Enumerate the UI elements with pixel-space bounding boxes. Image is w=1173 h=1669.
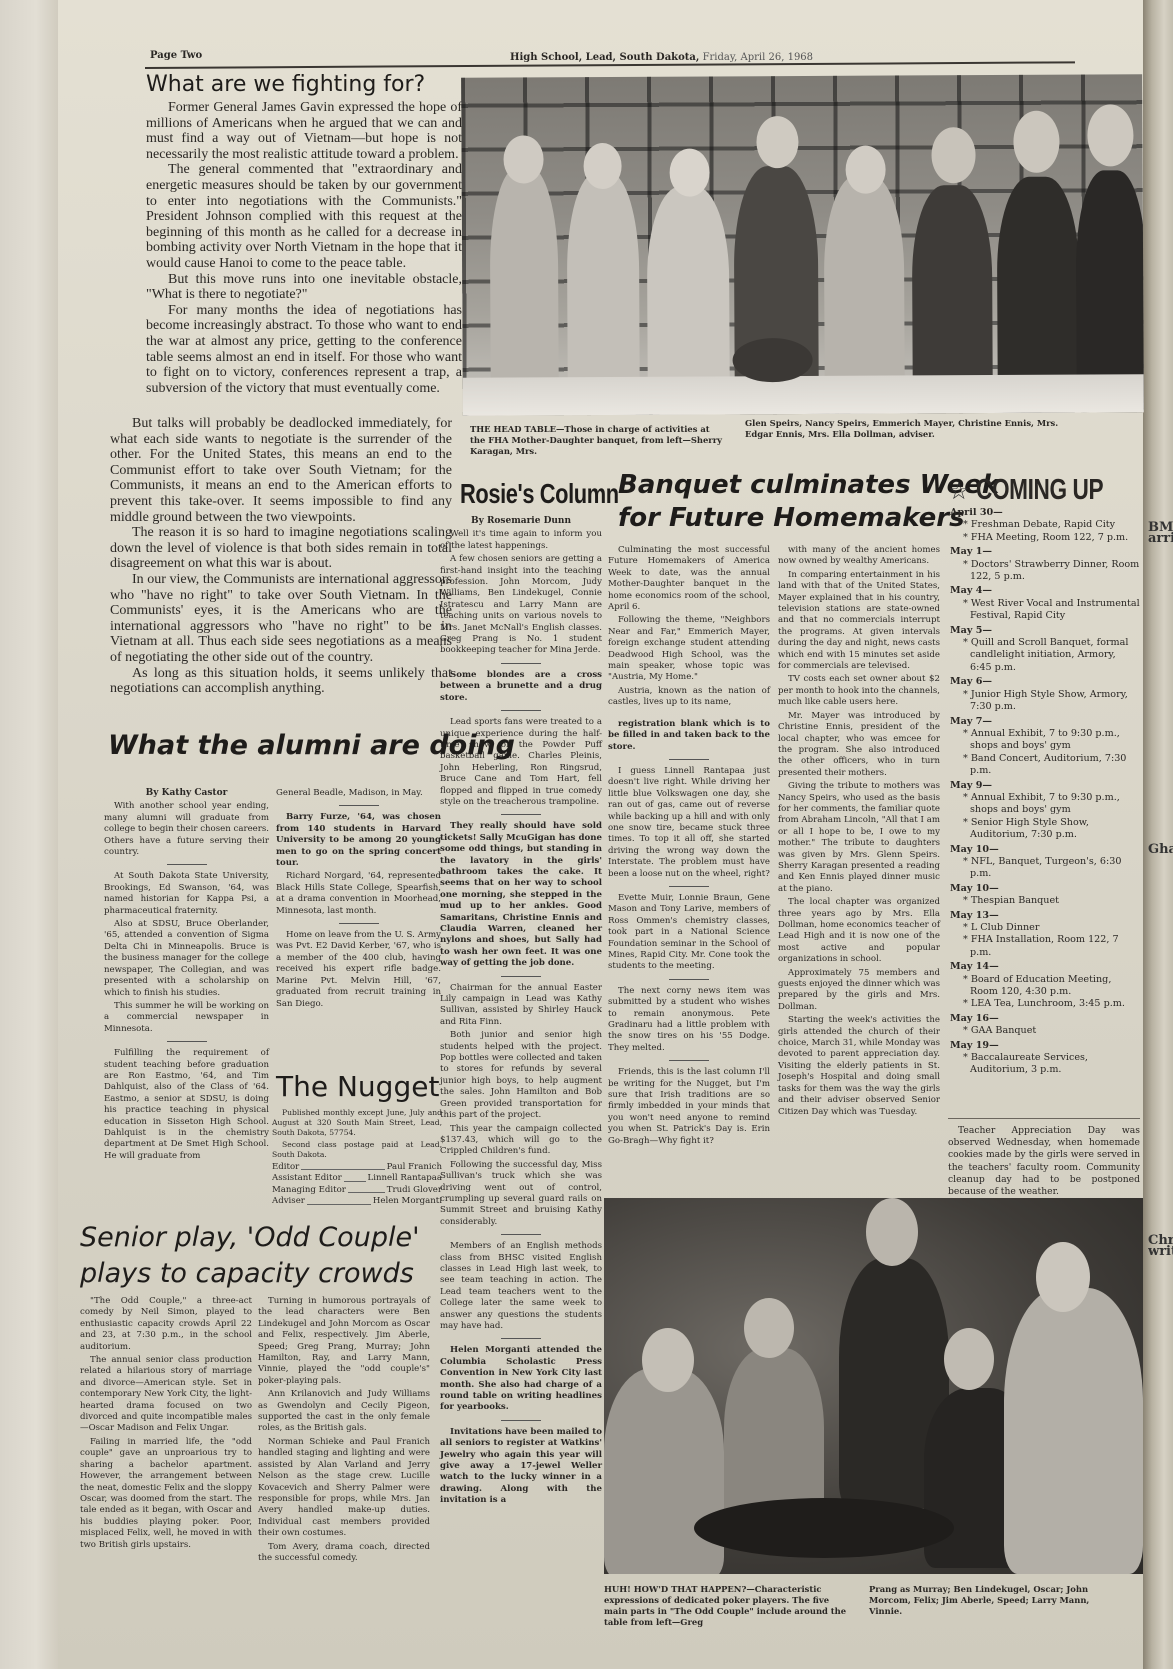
senior-play-paragraph: Ann Krilanovich and Judy Williams as Gwe… xyxy=(258,1389,430,1435)
calendar-item: * Senior High Style Show, Auditorium, 7:… xyxy=(958,817,1140,842)
fha-paragraph: Mr. Mayer was introduced by Christine En… xyxy=(778,711,940,779)
calendar-item: * Annual Exhibit, 7 to 9:30 p.m., shops … xyxy=(958,792,1140,817)
calendar-entry: May 6— * Junior High Style Show, Armory,… xyxy=(950,676,1140,713)
calendar-item: * Board of Education Meeting, Room 120, … xyxy=(958,974,1140,999)
teacher-appreciation: Teacher Appreciation Day was observed We… xyxy=(948,1125,1140,1200)
calendar-item: * NFL, Banquet, Turgeon's, 6:30 p.m. xyxy=(958,856,1140,881)
page-folio: Page Two xyxy=(150,50,202,61)
coming-up-title: COMING UP xyxy=(976,474,1103,507)
senior-play-headline-line1: Senior play, 'Odd Couple' xyxy=(80,1222,420,1253)
calendar-date: May 1— xyxy=(950,546,1140,558)
senior-play-paragraph: "The Odd Couple," a three-act comedy by … xyxy=(80,1296,252,1353)
rosie-item: Following the successful day, Miss Sulli… xyxy=(440,1160,602,1228)
nugget-masthead: Published monthly except June, July and … xyxy=(272,1108,442,1208)
fha-paragraph: Giving the tribute to mothers was Nancy … xyxy=(778,781,940,895)
alumni-item: Barry Furze, '64, was chosen from 140 st… xyxy=(276,812,441,869)
calendar-item: * West River Vocal and Instrumental Fest… xyxy=(958,598,1140,623)
calendar-entry: May 10— * Thespian Banquet xyxy=(950,883,1140,908)
divider xyxy=(948,1118,1140,1119)
alumni-item: Also at SDSU, Bruce Oberlander, '65, att… xyxy=(104,919,269,999)
calendar-date: April 30— xyxy=(950,507,1140,519)
divider xyxy=(669,979,709,980)
divider xyxy=(669,886,709,887)
editorial-paragraph: The reason it is so hard to imagine nego… xyxy=(110,525,452,572)
calendar-date: May 14— xyxy=(950,961,1140,973)
fha-paragraph: In comparing entertainment in his land w… xyxy=(778,570,940,673)
rosie-item: Friends, this is the last column I'll be… xyxy=(608,1067,770,1147)
nugget-postage: Second class postage paid at Lead, South… xyxy=(272,1140,442,1160)
rosie-item: Helen Morganti attended the Columbia Sch… xyxy=(440,1345,602,1413)
senior-play-paragraph: Tom Avery, drama coach, directed the suc… xyxy=(258,1542,430,1565)
coming-up-calendar: April 30— * Freshman Debate, Rapid City … xyxy=(950,505,1140,1077)
calendar-item: * Junior High Style Show, Armory, 7:30 p… xyxy=(958,689,1140,714)
divider xyxy=(501,976,541,977)
alumni-col2: General Beadle, Madison, in May. Barry F… xyxy=(276,788,441,1012)
senior-play-paragraph: Failing in married life, the "odd couple… xyxy=(80,1437,252,1551)
rosie-item: They really should have sold tickets! Sa… xyxy=(440,821,602,969)
divider xyxy=(501,814,541,815)
divider xyxy=(501,663,541,664)
next-page-edge: BM arriv Ghai Chri writ xyxy=(1148,520,1173,1669)
editorial-paragraph: Former General James Gavin expressed the… xyxy=(146,100,462,162)
editorial-body: Former General James Gavin expressed the… xyxy=(146,100,462,396)
staff-row: Assistant EditorLinnell Rantapaa xyxy=(272,1173,442,1184)
calendar-date: May 16— xyxy=(950,1013,1140,1025)
fha-paragraph: TV costs each set owner about $2 per mon… xyxy=(778,674,940,708)
rosie-item: The next corny news item was submitted b… xyxy=(608,986,770,1054)
rosie-item: Chairman for the annual Easter Lily camp… xyxy=(440,983,602,1029)
calendar-entry: May 19— * Baccalaureate Services, Audito… xyxy=(950,1040,1140,1077)
fha-paragraph: Culminating the most successful Future H… xyxy=(608,545,770,613)
alumni-item: With another school year ending, many al… xyxy=(104,801,269,858)
editorial-paragraph: But this move runs into one inevitable o… xyxy=(146,272,462,303)
editorial-paragraph: As long as this situation holds, it seem… xyxy=(110,666,452,697)
calendar-entry: May 9— * Annual Exhibit, 7 to 9:30 p.m.,… xyxy=(950,780,1140,842)
divider xyxy=(501,1420,541,1421)
alumni-item: Home on leave from the U. S. Army was Pv… xyxy=(276,930,441,1010)
calendar-item: * LEA Tea, Lunchroom, 3:45 p.m. xyxy=(958,998,1140,1010)
paper-name: High School, Lead, South Dakota, xyxy=(510,52,699,63)
rosies-column-title: Rosie's Column xyxy=(460,478,619,510)
calendar-date: May 4— xyxy=(950,585,1140,597)
staff-row: AdviserHelen Morganti xyxy=(272,1196,442,1207)
rosie-item: A few chosen seniors are getting a first… xyxy=(440,554,602,657)
poker-photo-caption-right: Prang as Murray; Ben Lindekugel, Oscar; … xyxy=(869,1584,1119,1617)
calendar-date: May 10— xyxy=(950,883,1140,895)
fha-paragraph: with many of the ancient homes now owned… xyxy=(778,545,940,568)
divider xyxy=(339,923,379,924)
senior-play-col2: Turning in humorous portrayals of the le… xyxy=(258,1296,430,1566)
alumni-item: Richard Norgard, '64, represented Black … xyxy=(276,871,441,917)
senior-play-col1: "The Odd Couple," a three-act comedy by … xyxy=(80,1296,252,1553)
fha-paragraph: Following the theme, "Neighbors Near and… xyxy=(608,615,770,683)
fha-photo-caption-left: THE HEAD TABLE—Those in charge of activi… xyxy=(470,424,725,457)
desk-background xyxy=(0,0,60,1669)
rosies-column-col1: By Rosemarie Dunn Well it's time again t… xyxy=(440,512,602,1509)
calendar-item: * Thespian Banquet xyxy=(958,895,1140,907)
alumni-item: At South Dakota State University, Brooki… xyxy=(104,871,269,917)
calendar-date: May 19— xyxy=(950,1040,1140,1052)
calendar-item: * Annual Exhibit, 7 to 9:30 p.m., shops … xyxy=(958,728,1140,753)
calendar-item: * GAA Banquet xyxy=(958,1025,1140,1037)
alumni-col1: By Kathy Castor With another school year… xyxy=(104,788,269,1164)
fha-headline-line1: Banquet culminates Week xyxy=(618,470,999,500)
divider xyxy=(339,805,379,806)
rosie-item: This year the campaign collected $137.43… xyxy=(440,1124,602,1158)
rosie-item: Members of an English methods class from… xyxy=(440,1241,602,1332)
calendar-entry: May 10— * NFL, Banquet, Turgeon's, 6:30 … xyxy=(950,844,1140,881)
divider xyxy=(669,759,709,760)
senior-play-paragraph: Turning in humorous portrayals of the le… xyxy=(258,1296,430,1387)
teacher-appreciation-text: Teacher Appreciation Day was observed We… xyxy=(948,1125,1140,1198)
divider xyxy=(501,1234,541,1235)
editorial-paragraph: For many months the idea of negotiations… xyxy=(146,303,462,397)
rosie-item: Well it's time again to inform you of th… xyxy=(440,529,602,552)
divider xyxy=(501,710,541,711)
staff-row: Managing EditorTrudi Glover xyxy=(272,1185,442,1196)
editorial-title: What are we fighting for? xyxy=(146,72,425,97)
calendar-date: May 13— xyxy=(950,910,1140,922)
masthead: High School, Lead, South Dakota, Friday,… xyxy=(510,52,813,63)
alumni-item: General Beadle, Madison, in May. xyxy=(276,788,441,799)
rosie-byline: By Rosemarie Dunn xyxy=(440,516,602,527)
next-page-fragment: Ghai xyxy=(1148,844,1173,855)
alumni-item: Fulfilling the requirement of student te… xyxy=(104,1048,269,1162)
dateline: Friday, April 26, 1968 xyxy=(703,52,813,63)
calendar-entry: May 14— * Board of Education Meeting, Ro… xyxy=(950,961,1140,1011)
editorial-body-cont: But talks will probably be deadlocked im… xyxy=(110,416,452,697)
divider xyxy=(167,864,207,865)
fha-col2: with many of the ancient homes now owned… xyxy=(778,545,940,1120)
calendar-item: * Freshman Debate, Rapid City xyxy=(958,519,1140,531)
calendar-entry: May 16— * GAA Banquet xyxy=(950,1013,1140,1038)
calendar-date: May 10— xyxy=(950,844,1140,856)
alumni-byline: By Kathy Castor xyxy=(104,788,269,799)
calendar-item: * FHA Meeting, Room 122, 7 p.m. xyxy=(958,532,1140,544)
divider xyxy=(501,1338,541,1339)
calendar-item: * Doctors' Strawberry Dinner, Room 122, … xyxy=(958,559,1140,584)
divider xyxy=(167,1041,207,1042)
nugget-publishing: Published monthly except June, July and … xyxy=(272,1108,442,1138)
calendar-date: May 6— xyxy=(950,676,1140,688)
calendar-entry: May 5— * Quill and Scroll Banquet, forma… xyxy=(950,625,1140,675)
editorial-paragraph: The general commented that "extraordinar… xyxy=(146,162,462,271)
calendar-entry: April 30— * Freshman Debate, Rapid City … xyxy=(950,507,1140,544)
fha-headline-line2: for Future Homemakers xyxy=(618,503,965,533)
rosie-item: Evette Muir, Lonnie Braun, Gene Mason an… xyxy=(608,893,770,973)
rosie-item: Some blondes are a cross between a brune… xyxy=(440,670,602,704)
calendar-date: May 7— xyxy=(950,716,1140,728)
next-page-fragment: arriv xyxy=(1148,533,1173,544)
calendar-item: * Band Concert, Auditorium, 7:30 p.m. xyxy=(958,753,1140,778)
odd-couple-poker-photo xyxy=(604,1198,1143,1574)
calendar-date: May 5— xyxy=(950,625,1140,637)
calendar-entry: May 1— * Doctors' Strawberry Dinner, Roo… xyxy=(950,546,1140,583)
star-outline-icon: ☆ xyxy=(948,479,970,503)
calendar-entry: May 4— * West River Vocal and Instrument… xyxy=(950,585,1140,622)
rosie-item: I guess Linnell Rantapaa just doesn't li… xyxy=(608,766,770,880)
calendar-date: May 9— xyxy=(950,780,1140,792)
alumni-title: What the alumni are doing xyxy=(108,730,515,761)
senior-play-headline-line2: plays to capacity crowds xyxy=(80,1258,414,1289)
fha-head-table-photo xyxy=(461,74,1144,416)
senior-play-paragraph: The annual senior class production relat… xyxy=(80,1355,252,1435)
nugget-title: The Nugget xyxy=(276,1070,439,1103)
calendar-entry: May 13— * L Club Dinner * FHA Installati… xyxy=(950,910,1140,960)
calendar-item: * Quill and Scroll Banquet, formal candl… xyxy=(958,637,1140,674)
divider xyxy=(669,1060,709,1061)
fha-photo-caption-right: Glen Speirs, Nancy Speirs, Emmerich Maye… xyxy=(745,418,1075,440)
rosie-item: registration blank which is to be filled… xyxy=(608,719,770,753)
next-page-fragment: writ xyxy=(1148,1246,1173,1257)
fha-paragraph: The local chapter was organized three ye… xyxy=(778,897,940,965)
editorial-paragraph: In our view, the Communists are internat… xyxy=(110,572,452,666)
coming-up-header: ☆ COMING UP xyxy=(948,474,1139,507)
rosie-item: Both junior and senior high students hel… xyxy=(440,1030,602,1121)
fha-paragraph: Approximately 75 members and guests enjo… xyxy=(778,968,940,1014)
rosie-item: Invitations have been mailed to all seni… xyxy=(440,1427,602,1507)
calendar-entry: May 7— * Annual Exhibit, 7 to 9:30 p.m.,… xyxy=(950,716,1140,778)
fha-paragraph: Starting the week's activities the girls… xyxy=(778,1015,940,1118)
alumni-item: This summer he will be working on a comm… xyxy=(104,1001,269,1035)
staff-row: EditorPaul Franich xyxy=(272,1162,442,1173)
fha-paragraph: Austria, known as the nation of castles,… xyxy=(608,686,770,709)
fha-col1: Culminating the most successful Future H… xyxy=(608,545,770,1149)
calendar-item: * FHA Installation, Room 122, 7 p.m. xyxy=(958,934,1140,959)
editorial-paragraph: But talks will probably be deadlocked im… xyxy=(110,416,452,525)
senior-play-paragraph: Norman Schieke and Paul Franich handled … xyxy=(258,1437,430,1540)
calendar-item: * L Club Dinner xyxy=(958,922,1140,934)
poker-photo-caption-left: HUH! HOW'D THAT HAPPEN?—Characteristic e… xyxy=(604,1584,854,1628)
calendar-item: * Baccalaureate Services, Auditorium, 3 … xyxy=(958,1052,1140,1077)
